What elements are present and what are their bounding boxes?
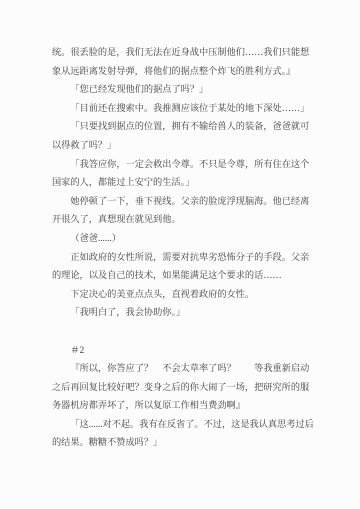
paragraph: 统。很丢脸的是，我们无法在近身战中压制他们……我们只能想象从远距离发射导弹，将他… — [52, 43, 316, 80]
paragraph: 正如政府的女性所说，需要对抗卑劣恐怖分子的手段。父亲的理论，以及自己的技术，如果… — [52, 248, 316, 285]
paragraph: 「我答应你，一定会救出令尊。不只是令尊，所有住在这个国家的人，都能过上安宁的生活… — [52, 155, 316, 192]
reader-page[interactable]: 统。很丢脸的是，我们无法在近身战中压制他们……我们只能想象从远距离发射导弹，将他… — [0, 0, 360, 509]
section-heading: ＃2 — [52, 341, 316, 360]
novel-text-area: 统。很丢脸的是，我们无法在近身战中压制他们……我们只能想象从远距离发射导弹，将他… — [0, 0, 360, 452]
paragraph: 『所以，你答应了？ 不会太草率了吗？ 等我重新启动之后再回复比较好吧？变身之后的… — [52, 359, 316, 415]
paragraph: （爸爸......） — [52, 229, 316, 248]
paragraph: 「这......对不起。我有在反省了。不过，这是我认真思考过后的结果。糖糖不赞成… — [52, 415, 316, 452]
paragraph: 「只要找到据点的位置，拥有不输给兽人的装备，爸爸就可以得救了吗？」 — [52, 117, 316, 154]
paragraph: 「我明白了，我会协助你。」 — [52, 303, 316, 322]
paragraph: 「目前还在搜索中。我推测应该位于某处的地下深处……」 — [52, 99, 316, 118]
paragraph: 「您已经发现他们的据点了吗？」 — [52, 80, 316, 99]
paragraph: 她停顿了一下，垂下视线。父亲的脸庞浮现脑海。他已经离开很久了，真想现在就见到他。 — [52, 192, 316, 229]
paragraph: 下定决心的美亚点点头，直视着政府的女性。 — [52, 285, 316, 304]
